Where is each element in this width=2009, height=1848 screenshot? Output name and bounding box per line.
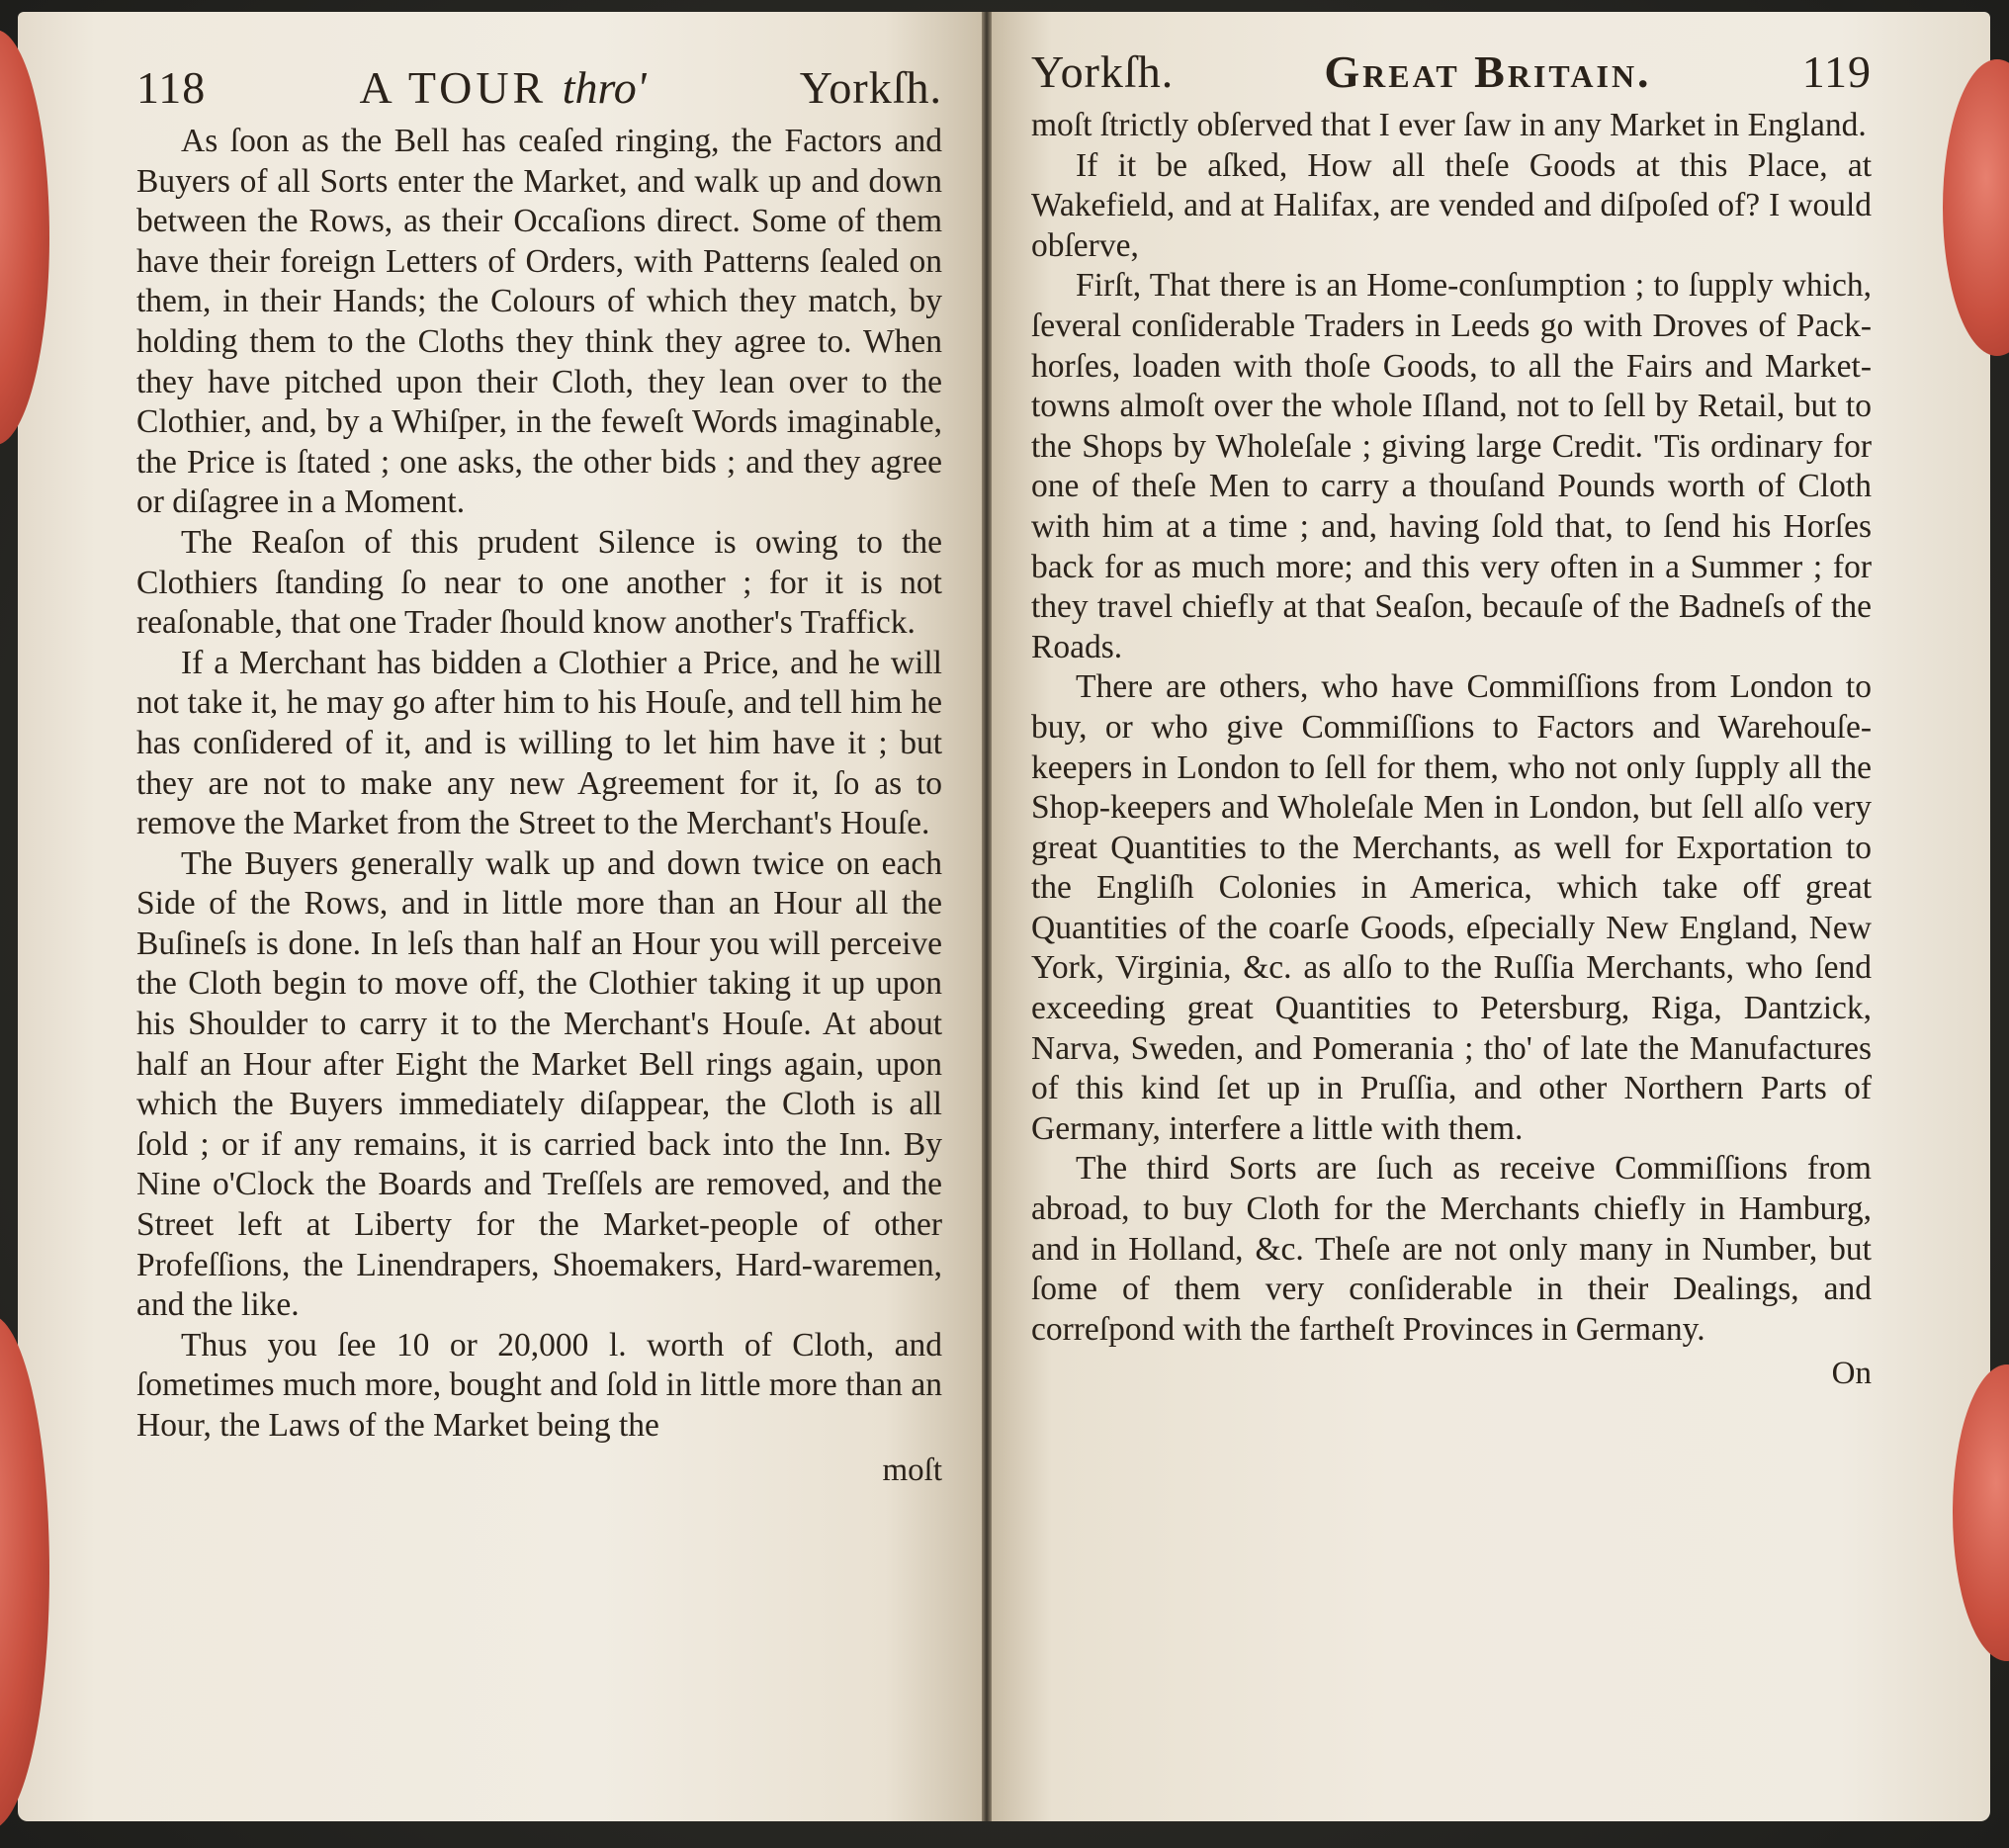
- catchword: On: [1031, 1356, 1872, 1392]
- paragraph: As ſoon as the Bell has ceaſed ringing, …: [136, 122, 942, 523]
- section-mark: Yorkſh.: [1031, 45, 1174, 98]
- running-title-roman: A TOUR: [360, 62, 548, 113]
- left-body-text: As ſoon as the Bell has ceaſed ringing, …: [136, 122, 942, 1447]
- running-title-italic: thro': [563, 62, 647, 113]
- open-book-spread: 118 A TOUR thro' Yorkſh. As ſoon as the …: [18, 12, 1990, 1821]
- section-mark: Yorkſh.: [800, 61, 942, 114]
- paragraph: There are others, who have Commiſſions f…: [1031, 667, 1872, 1149]
- paragraph: Firſt, That there is an Home-conſumption…: [1031, 266, 1872, 667]
- paragraph: Thus you ſee 10 or 20,000 l. worth of Cl…: [136, 1326, 942, 1447]
- page-number: 118: [136, 61, 206, 114]
- right-page: Yorkſh. Great Britain. 119 moſt ſtrictly…: [992, 12, 1990, 1821]
- book-gutter: [982, 12, 992, 1821]
- paragraph: If a Merchant has bidden a Clothier a Pr…: [136, 644, 942, 844]
- paragraph: moſt ſtrictly obſerved that I ever ſaw i…: [1031, 106, 1872, 146]
- paragraph: The Buyers generally walk up and down tw…: [136, 844, 942, 1326]
- catchword: moſt: [136, 1452, 942, 1489]
- paragraph: The third Sorts are ſuch as receive Comm…: [1031, 1149, 1872, 1350]
- right-running-head: Yorkſh. Great Britain. 119: [1031, 45, 1872, 98]
- paragraph: If it be aſked, How all theſe Goods at t…: [1031, 146, 1872, 267]
- running-title: A TOUR thro': [360, 61, 647, 114]
- left-page: 118 A TOUR thro' Yorkſh. As ſoon as the …: [18, 12, 982, 1821]
- page-number: 119: [1802, 45, 1872, 98]
- running-title: Great Britain.: [1324, 45, 1651, 98]
- left-running-head: 118 A TOUR thro' Yorkſh.: [136, 61, 942, 114]
- paragraph: The Reaſon of this prudent Silence is ow…: [136, 523, 942, 644]
- right-body-text: moſt ſtrictly obſerved that I ever ſaw i…: [1031, 106, 1872, 1350]
